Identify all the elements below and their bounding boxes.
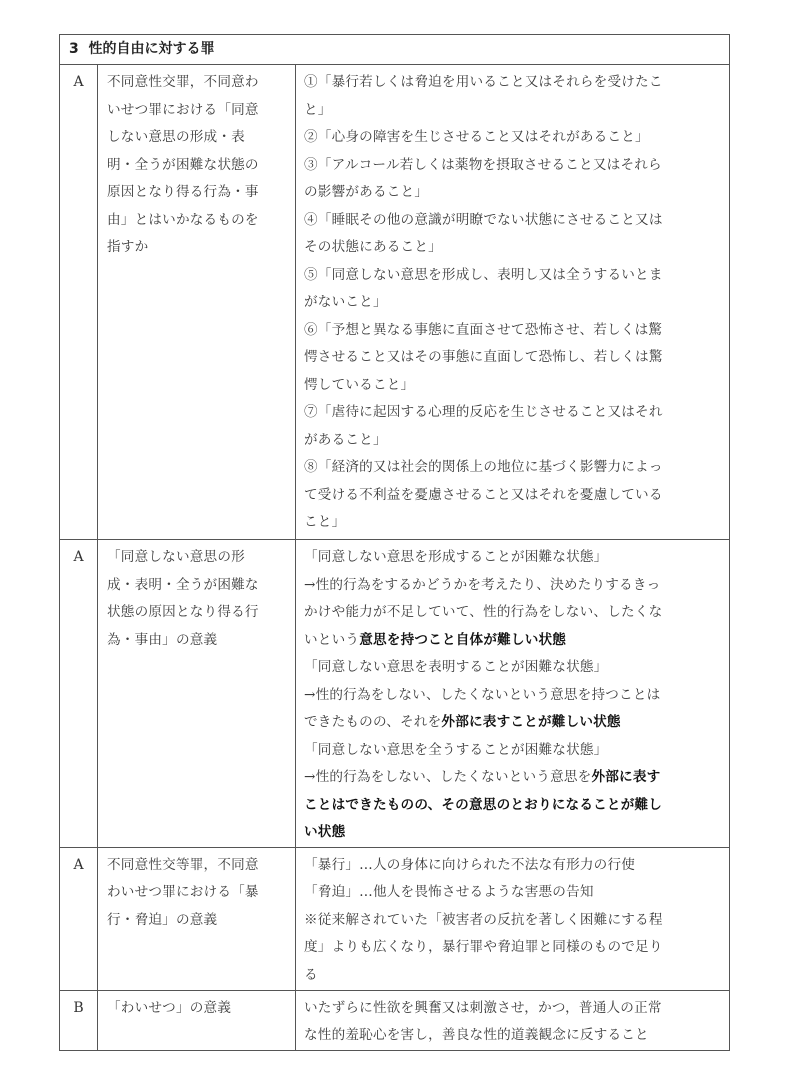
topic-line: 不同意性交等罪，不同意 (107, 852, 289, 880)
content-line: ①「暴行若しくは脅迫を用いること又はそれらを受けたこ (304, 69, 721, 97)
content-line: ⑦「虐待に起因する心理的反応を生じさせること又はそれ (304, 399, 721, 427)
content-line: 「同意しない意思を全うすることが困難な状態」 (304, 737, 721, 765)
content-line: 「脅迫」…他人を畏怖させるような害悪の告知 (304, 879, 721, 907)
topic-line: いせつ罪における「同意 (107, 97, 289, 125)
content-cell: 「同意しない意思を形成することが困難な状態」→性的行為をするかどうかを考えたり、… (296, 540, 730, 848)
topic-line: 成・表明・全うが困難な (107, 572, 289, 600)
topic-cell: 不同意性交等罪，不同意わいせつ罪における「暴行・脅迫」の意義 (98, 847, 296, 990)
content-line: ⑤「同意しない意思を形成し、表明し又は全うするいとま (304, 262, 721, 290)
content-text: ⑧「経済的又は社会的関係上の地位に基づく影響力によっ (304, 459, 663, 475)
content-line: 「同意しない意思を表明することが困難な状態」 (304, 654, 721, 682)
content-line: いという意思を持つこと自体が難しい状態 (304, 627, 721, 655)
topic-line: 明・全うが困難な状態の (107, 152, 289, 180)
importance-rank: A (60, 65, 98, 540)
content-line: ④「睡眠その他の意識が明瞭でない状態にさせること又は (304, 207, 721, 235)
content-line: こと」 (304, 509, 721, 537)
section-number: 3 (69, 41, 79, 57)
content-line: て受ける不利益を憂慮させること又はそれを憂慮している (304, 482, 721, 510)
content-text: 「同意しない意思を表明することが困難な状態」 (304, 659, 607, 675)
topic-line: 状態の原因となり得る行 (107, 599, 289, 627)
offense-summary-table: 3 性的自由に対する罪 A不同意性交罪，不同意わいせつ罪における「同意しない意思… (59, 34, 730, 1051)
content-cell: いたずらに性欲を興奮又は刺激させ，かつ，普通人の正常な性的羞恥心を害し，善良な性… (296, 990, 730, 1050)
content-line: ことはできたものの、その意思のとおりになることが難し (304, 792, 721, 820)
topic-line: 為・事由」の意義 (107, 627, 289, 655)
content-text: と」 (304, 102, 332, 118)
content-text: 愕させること又はその事態に直面して恐怖し、若しくは驚 (304, 349, 663, 365)
content-text: の影響があること」 (304, 184, 428, 200)
content-cell: ①「暴行若しくは脅迫を用いること又はそれらを受けたこと」②「心身の障害を生じさせ… (296, 65, 730, 540)
topic-line: 由」とはいかなるものを (107, 207, 289, 235)
topic-line: わいせつ罪における「暴 (107, 879, 289, 907)
content-line: いたずらに性欲を興奮又は刺激させ，かつ，普通人の正常 (304, 995, 721, 1023)
content-line: 度」よりも広くなり，暴行罪や脅迫罪と同様のもので足り (304, 934, 721, 962)
content-text: 「同意しない意思を形成することが困難な状態」 (304, 549, 607, 565)
content-text: いという (304, 632, 359, 648)
content-line: →性的行為をしない、したくないという意思を持つことは (304, 682, 721, 710)
content-line: があること」 (304, 427, 721, 455)
topic-line: 原因となり得る行為・事 (107, 179, 289, 207)
content-text: かけや能力が不足していて、性的行為をしない、したくな (304, 604, 662, 620)
content-line: 愕していること」 (304, 372, 721, 400)
topic-cell: 「わいせつ」の意義 (98, 990, 296, 1050)
content-line: の影響があること」 (304, 179, 721, 207)
content-text: ④「睡眠その他の意識が明瞭でない状態にさせること又は (304, 212, 663, 228)
topic-line: 「同意しない意思の形 (107, 544, 289, 572)
content-line: 「暴行」…人の身体に向けられた不法な有形力の行使 (304, 852, 721, 880)
content-text: 愕していること」 (304, 377, 414, 393)
content-line: と」 (304, 97, 721, 125)
content-line: →性的行為をしない、したくないという意思を外部に表す (304, 764, 721, 792)
topic-line: 行・脅迫」の意義 (107, 907, 289, 935)
content-text: できたものの、それを (304, 714, 441, 730)
content-text: 度」よりも広くなり，暴行罪や脅迫罪と同様のもので足り (304, 939, 663, 955)
topic-cell: 不同意性交罪，不同意わいせつ罪における「同意しない意思の形成・表明・全うが困難な… (98, 65, 296, 540)
topic-cell: 「同意しない意思の形成・表明・全うが困難な状態の原因となり得る行為・事由」の意義 (98, 540, 296, 848)
content-line: できたものの、それを外部に表すことが難しい状態 (304, 709, 721, 737)
content-line: 「同意しない意思を形成することが困難な状態」 (304, 544, 721, 572)
emphasized-text: 外部に表すことが難しい状態 (441, 714, 620, 730)
topic-line: しない意思の形成・表 (107, 124, 289, 152)
topic-line: 指すか (107, 234, 289, 262)
content-text: があること」 (304, 432, 387, 448)
table-row: A「同意しない意思の形成・表明・全うが困難な状態の原因となり得る行為・事由」の意… (60, 540, 730, 848)
content-text: →性的行為をしない、したくないという意思を持つことは (304, 687, 660, 703)
importance-rank: B (60, 990, 98, 1050)
content-text: な性的羞恥心を害し，善良な性的道義観念に反すること (304, 1027, 649, 1043)
content-text: て受ける不利益を憂慮させること又はそれを憂慮している (304, 487, 663, 503)
content-line: ⑧「経済的又は社会的関係上の地位に基づく影響力によっ (304, 454, 721, 482)
content-line: い状態 (304, 819, 721, 847)
content-text: がないこと」 (304, 294, 387, 310)
content-line: 愕させること又はその事態に直面して恐怖し、若しくは驚 (304, 344, 721, 372)
content-text: ⑤「同意しない意思を形成し、表明し又は全うするいとま (304, 267, 663, 283)
section-title: 性的自由に対する罪 (89, 41, 215, 57)
content-line: な性的羞恥心を害し，善良な性的道義観念に反すること (304, 1022, 721, 1050)
content-text: 「暴行」…人の身体に向けられた不法な有形力の行使 (304, 857, 635, 873)
content-text: →性的行為をしない、したくないという意思を (304, 769, 591, 785)
table-body: A不同意性交罪，不同意わいせつ罪における「同意しない意思の形成・表明・全うが困難… (60, 65, 730, 1051)
table-row: A不同意性交罪，不同意わいせつ罪における「同意しない意思の形成・表明・全うが困難… (60, 65, 730, 540)
emphasized-text: い状態 (304, 824, 345, 840)
section-header-row: 3 性的自由に対する罪 (60, 35, 730, 65)
importance-rank: A (60, 847, 98, 990)
content-line: →性的行為をするかどうかを考えたり、決めたりするきっ (304, 572, 721, 600)
content-text: こと」 (304, 514, 345, 530)
content-text: いたずらに性欲を興奮又は刺激させ，かつ，普通人の正常 (304, 1000, 662, 1016)
topic-line: 不同意性交罪，不同意わ (107, 69, 289, 97)
importance-rank: A (60, 540, 98, 848)
content-line: ⑥「予想と異なる事態に直面させて恐怖させ、若しくは驚 (304, 317, 721, 345)
content-text: →性的行為をするかどうかを考えたり、決めたりするきっ (304, 577, 660, 593)
content-text: 「同意しない意思を全うすることが困難な状態」 (304, 742, 607, 758)
content-line: がないこと」 (304, 289, 721, 317)
content-line: かけや能力が不足していて、性的行為をしない、したくな (304, 599, 721, 627)
content-text: ①「暴行若しくは脅迫を用いること又はそれらを受けたこ (304, 74, 663, 90)
content-text: 「脅迫」…他人を畏怖させるような害悪の告知 (304, 884, 594, 900)
table-row: B「わいせつ」の意義いたずらに性欲を興奮又は刺激させ，かつ，普通人の正常な性的羞… (60, 990, 730, 1050)
emphasized-text: 意思を持つこと自体が難しい状態 (359, 632, 566, 648)
content-text: ⑦「虐待に起因する心理的反応を生じさせること又はそれ (304, 404, 663, 420)
content-text: ③「アルコール若しくは薬物を摂取させること又はそれら (304, 157, 662, 173)
content-line: その状態にあること」 (304, 234, 721, 262)
content-text: その状態にあること」 (304, 239, 442, 255)
content-text: ②「心身の障害を生じさせること又はそれがあること」 (304, 129, 649, 145)
content-text: る (304, 967, 318, 983)
content-text: ⑥「予想と異なる事態に直面させて恐怖させ、若しくは驚 (304, 322, 662, 338)
emphasized-text: ことはできたものの、その意思のとおりになることが難し (304, 797, 662, 813)
content-line: ②「心身の障害を生じさせること又はそれがあること」 (304, 124, 721, 152)
emphasized-text: 外部に表す (591, 769, 660, 785)
table-row: A不同意性交等罪，不同意わいせつ罪における「暴行・脅迫」の意義「暴行」…人の身体… (60, 847, 730, 990)
topic-line: 「わいせつ」の意義 (107, 995, 289, 1023)
section-header: 3 性的自由に対する罪 (60, 35, 730, 65)
content-line: ※従来解されていた「被害者の反抗を著しく困難にする程 (304, 907, 721, 935)
content-line: る (304, 962, 721, 990)
content-text: ※従来解されていた「被害者の反抗を著しく困難にする程 (304, 912, 663, 928)
content-cell: 「暴行」…人の身体に向けられた不法な有形力の行使「脅迫」…他人を畏怖させるような… (296, 847, 730, 990)
content-line: ③「アルコール若しくは薬物を摂取させること又はそれら (304, 152, 721, 180)
